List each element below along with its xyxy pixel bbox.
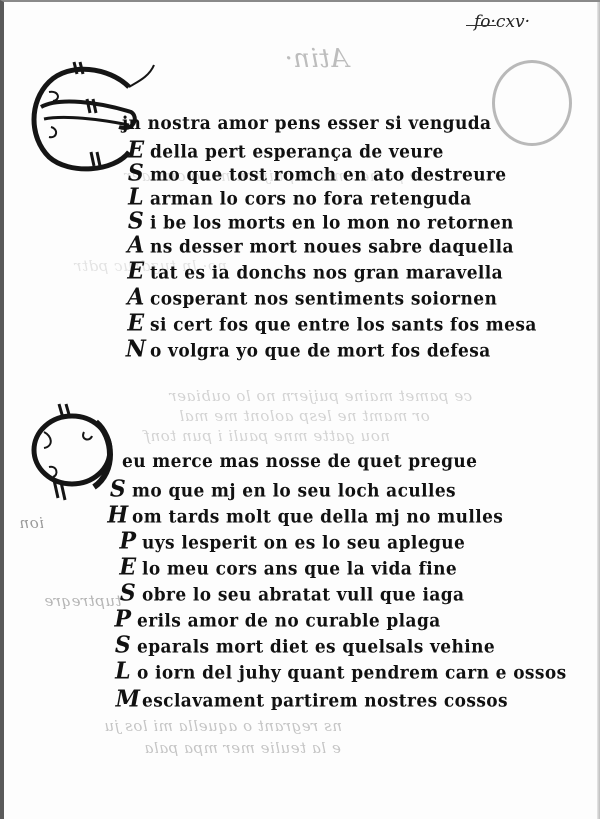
verse-line: eu merce mas nosse de quet pregue [122, 452, 477, 473]
line-initial: M [114, 685, 142, 712]
bleed-through-line: ns regrant o aquella mi los ju [104, 717, 342, 735]
line-initial: H [104, 501, 132, 528]
manuscript-page: Atin· ce pamet maine puijern no lo oubia… [0, 0, 600, 819]
line-initial: P [114, 527, 142, 554]
verse-line: Separals mort diet es quelsals vehine [109, 631, 495, 658]
bleed-through-line: nou gatte mne pauli i pun tonf [144, 427, 390, 445]
line-initial: L [109, 657, 137, 684]
verse-line: Lo iorn del juhy quant pendrem carn e os… [109, 657, 567, 684]
verse-line: Ans desser mort noues sabre daquella [122, 231, 514, 258]
line-initial: N [122, 335, 150, 362]
line-initial: E [114, 553, 142, 580]
verse-line: Mesclavament partirem nostres cossos [114, 685, 508, 712]
bleed-through-heading: Atin· [284, 44, 349, 74]
verse-line: Etat es ia donchs nos gran maravella [122, 257, 503, 284]
margin-bleed-text: ion [19, 514, 44, 532]
line-initial: E [122, 257, 150, 284]
faint-circle-drawing [492, 60, 572, 146]
line-initial: P [109, 605, 137, 632]
verse-line: Esi cert fos que entre los sants fos mes… [122, 309, 537, 336]
verse-line: Elo meu cors ans que la vida fine [114, 553, 457, 580]
line-initial: E [122, 309, 150, 336]
bleed-through-line: e la teulie mer mpa pala [144, 739, 341, 757]
verse-line: jn nostra amor pens esser si venguda [122, 114, 491, 135]
line-initial: A [122, 231, 150, 258]
line-initial: S [114, 579, 142, 606]
verse-line: No volgra yo que de mort fos defesa [122, 335, 491, 362]
verse-line: Smo que mj en lo seu loch aculles [104, 475, 456, 502]
line-initial: S [109, 631, 137, 658]
verse-line: Puys lesperit on es lo seu aplegue [114, 527, 465, 554]
verse-line: Sobre lo seu abratat vull que iaga [114, 579, 464, 606]
line-initial: A [122, 283, 150, 310]
verse-line: Perils amor de no curable plaga [109, 605, 441, 632]
folio-number: fo·cxv· [474, 12, 530, 32]
bleed-through-line: or mamt ne lesp aolont me mal [179, 407, 430, 425]
verse-line: Hom tards molt que della mj no mulles [104, 501, 503, 528]
verse-line: Acosperant nos sentiments soiornen [122, 283, 497, 310]
bleed-through-line: ce pamet maine puijern no lo oubiaer [169, 387, 472, 405]
line-initial: S [104, 475, 132, 502]
